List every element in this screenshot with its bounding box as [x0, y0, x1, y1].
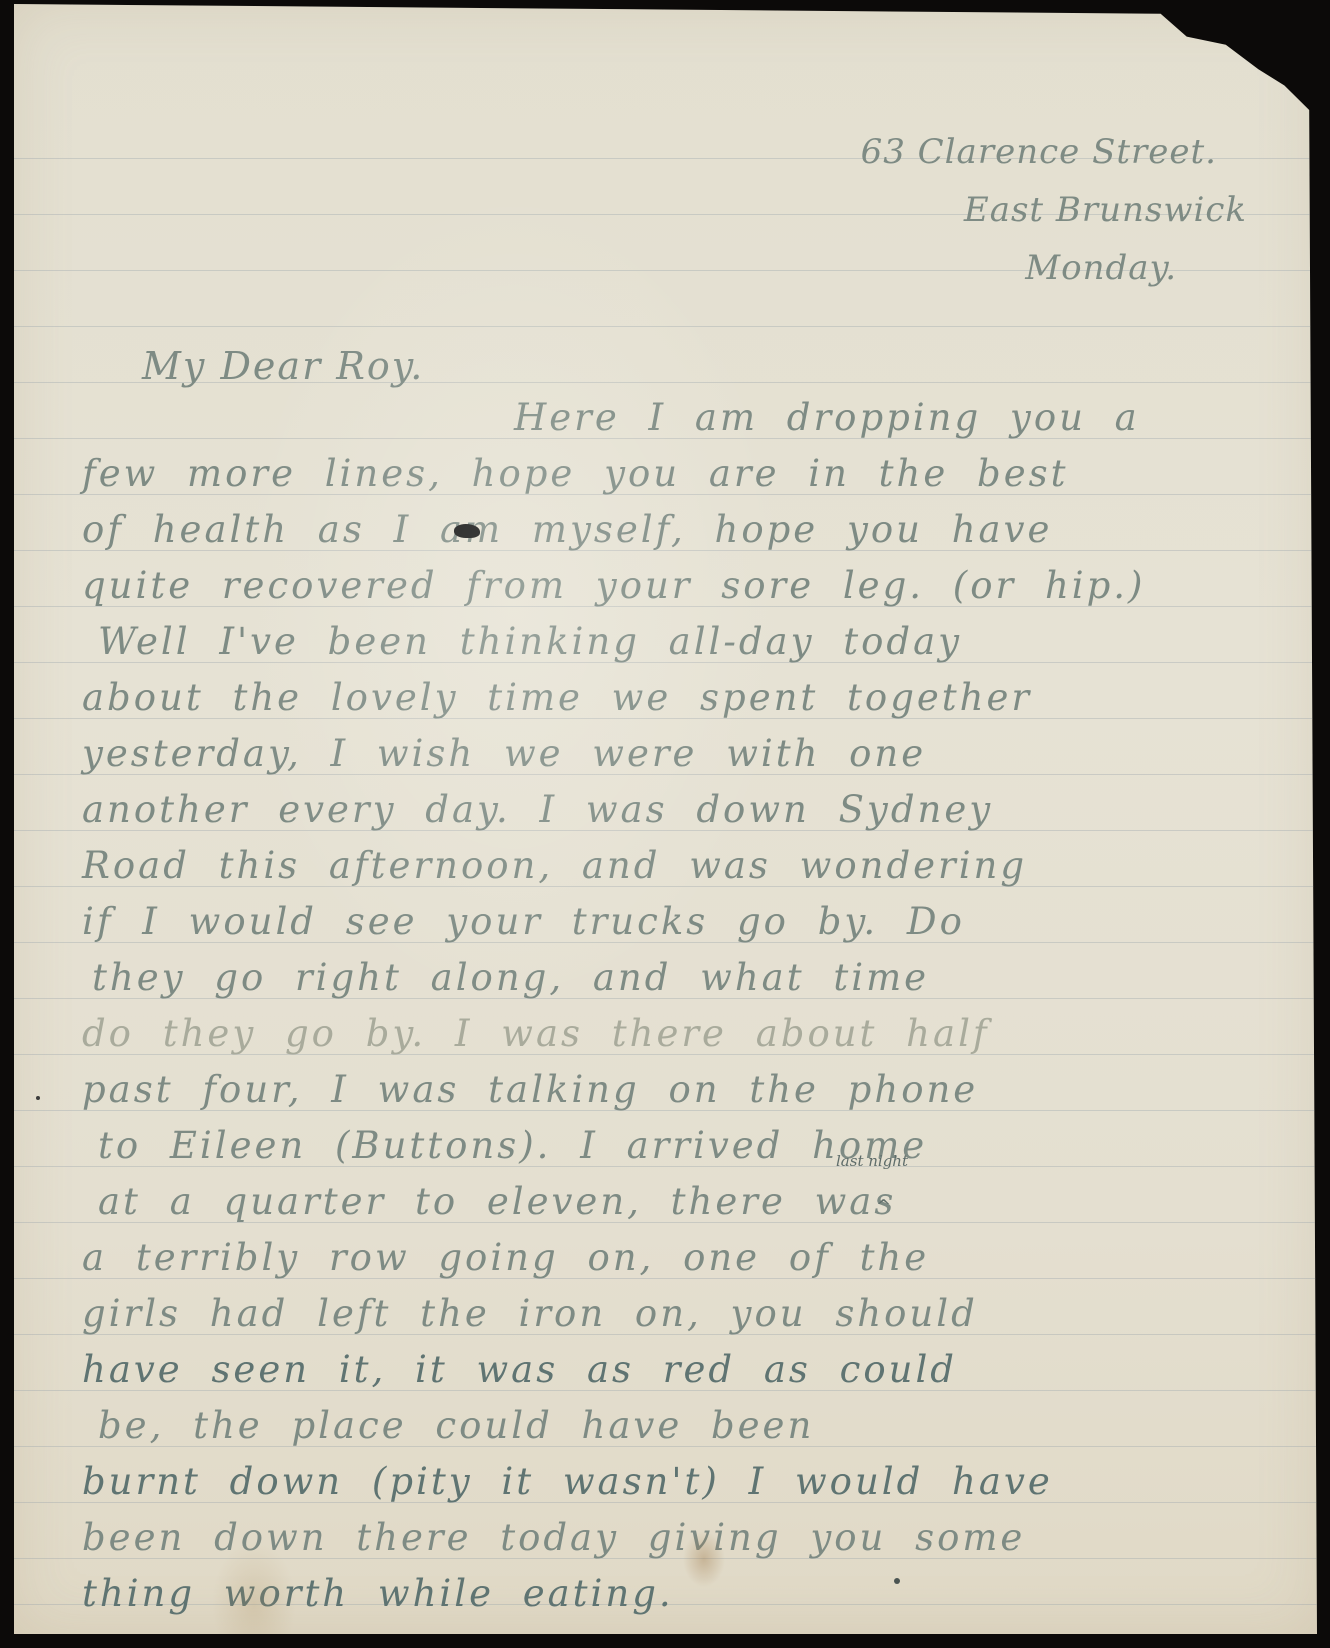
body-line-3: of health as I am myself, hope you have	[82, 508, 1052, 551]
ink-blot	[454, 524, 480, 538]
ruled-line	[14, 326, 1317, 327]
body-line-21: been down there today giving you some	[82, 1516, 1025, 1559]
letter-paper: 63 Clarence Street. East Brunswick Monda…	[14, 4, 1317, 1634]
body-line-20: burnt down (pity it wasn't) I would have	[82, 1460, 1053, 1503]
body-line-17: girls had left the iron on, you should	[82, 1292, 978, 1335]
body-line-19: be, the place could have been	[98, 1404, 814, 1447]
full-stop-mark	[894, 1578, 900, 1584]
salutation: My Dear Roy.	[142, 344, 424, 388]
letter-scan: 63 Clarence Street. East Brunswick Monda…	[0, 0, 1330, 1648]
insertion-last-night: last night	[836, 1152, 908, 1170]
body-line-16: a terribly row going on, one of the	[82, 1236, 929, 1279]
body-line-9: Road this afternoon, and was wondering	[82, 844, 1027, 887]
body-line-18: have seen it, it was as red as could	[82, 1348, 957, 1391]
body-line-12: do they go by. I was there about half	[82, 1012, 990, 1055]
insertion-caret: ^	[876, 1196, 891, 1217]
address-street: 63 Clarence Street.	[861, 132, 1217, 172]
letter-date: Monday.	[1025, 248, 1177, 288]
body-line-5: Well I've been thinking all-day today	[98, 620, 962, 663]
body-line-10: if I would see your trucks go by. Do	[82, 900, 965, 943]
body-line-1: Here I am dropping you a	[514, 396, 1140, 439]
address-suburb: East Brunswick	[964, 190, 1247, 230]
body-line-8: another every day. I was down Sydney	[82, 788, 993, 831]
body-line-6: about the lovely time we spent together	[82, 676, 1032, 719]
body-line-15: at a quarter to eleven, there was	[98, 1180, 896, 1223]
body-line-14: to Eileen (Buttons). I arrived home	[98, 1124, 927, 1167]
body-line-11: they go right along, and what time	[92, 956, 929, 999]
body-line-7: yesterday, I wish we were with one	[82, 732, 926, 775]
body-line-2: few more lines, hope you are in the best	[82, 452, 1068, 495]
body-line-4: quite recovered from your sore leg. (or …	[82, 564, 1146, 607]
paper-speck	[36, 1096, 40, 1100]
body-line-13: past four, I was talking on the phone	[82, 1068, 978, 1111]
body-line-22: thing worth while eating.	[82, 1572, 674, 1615]
